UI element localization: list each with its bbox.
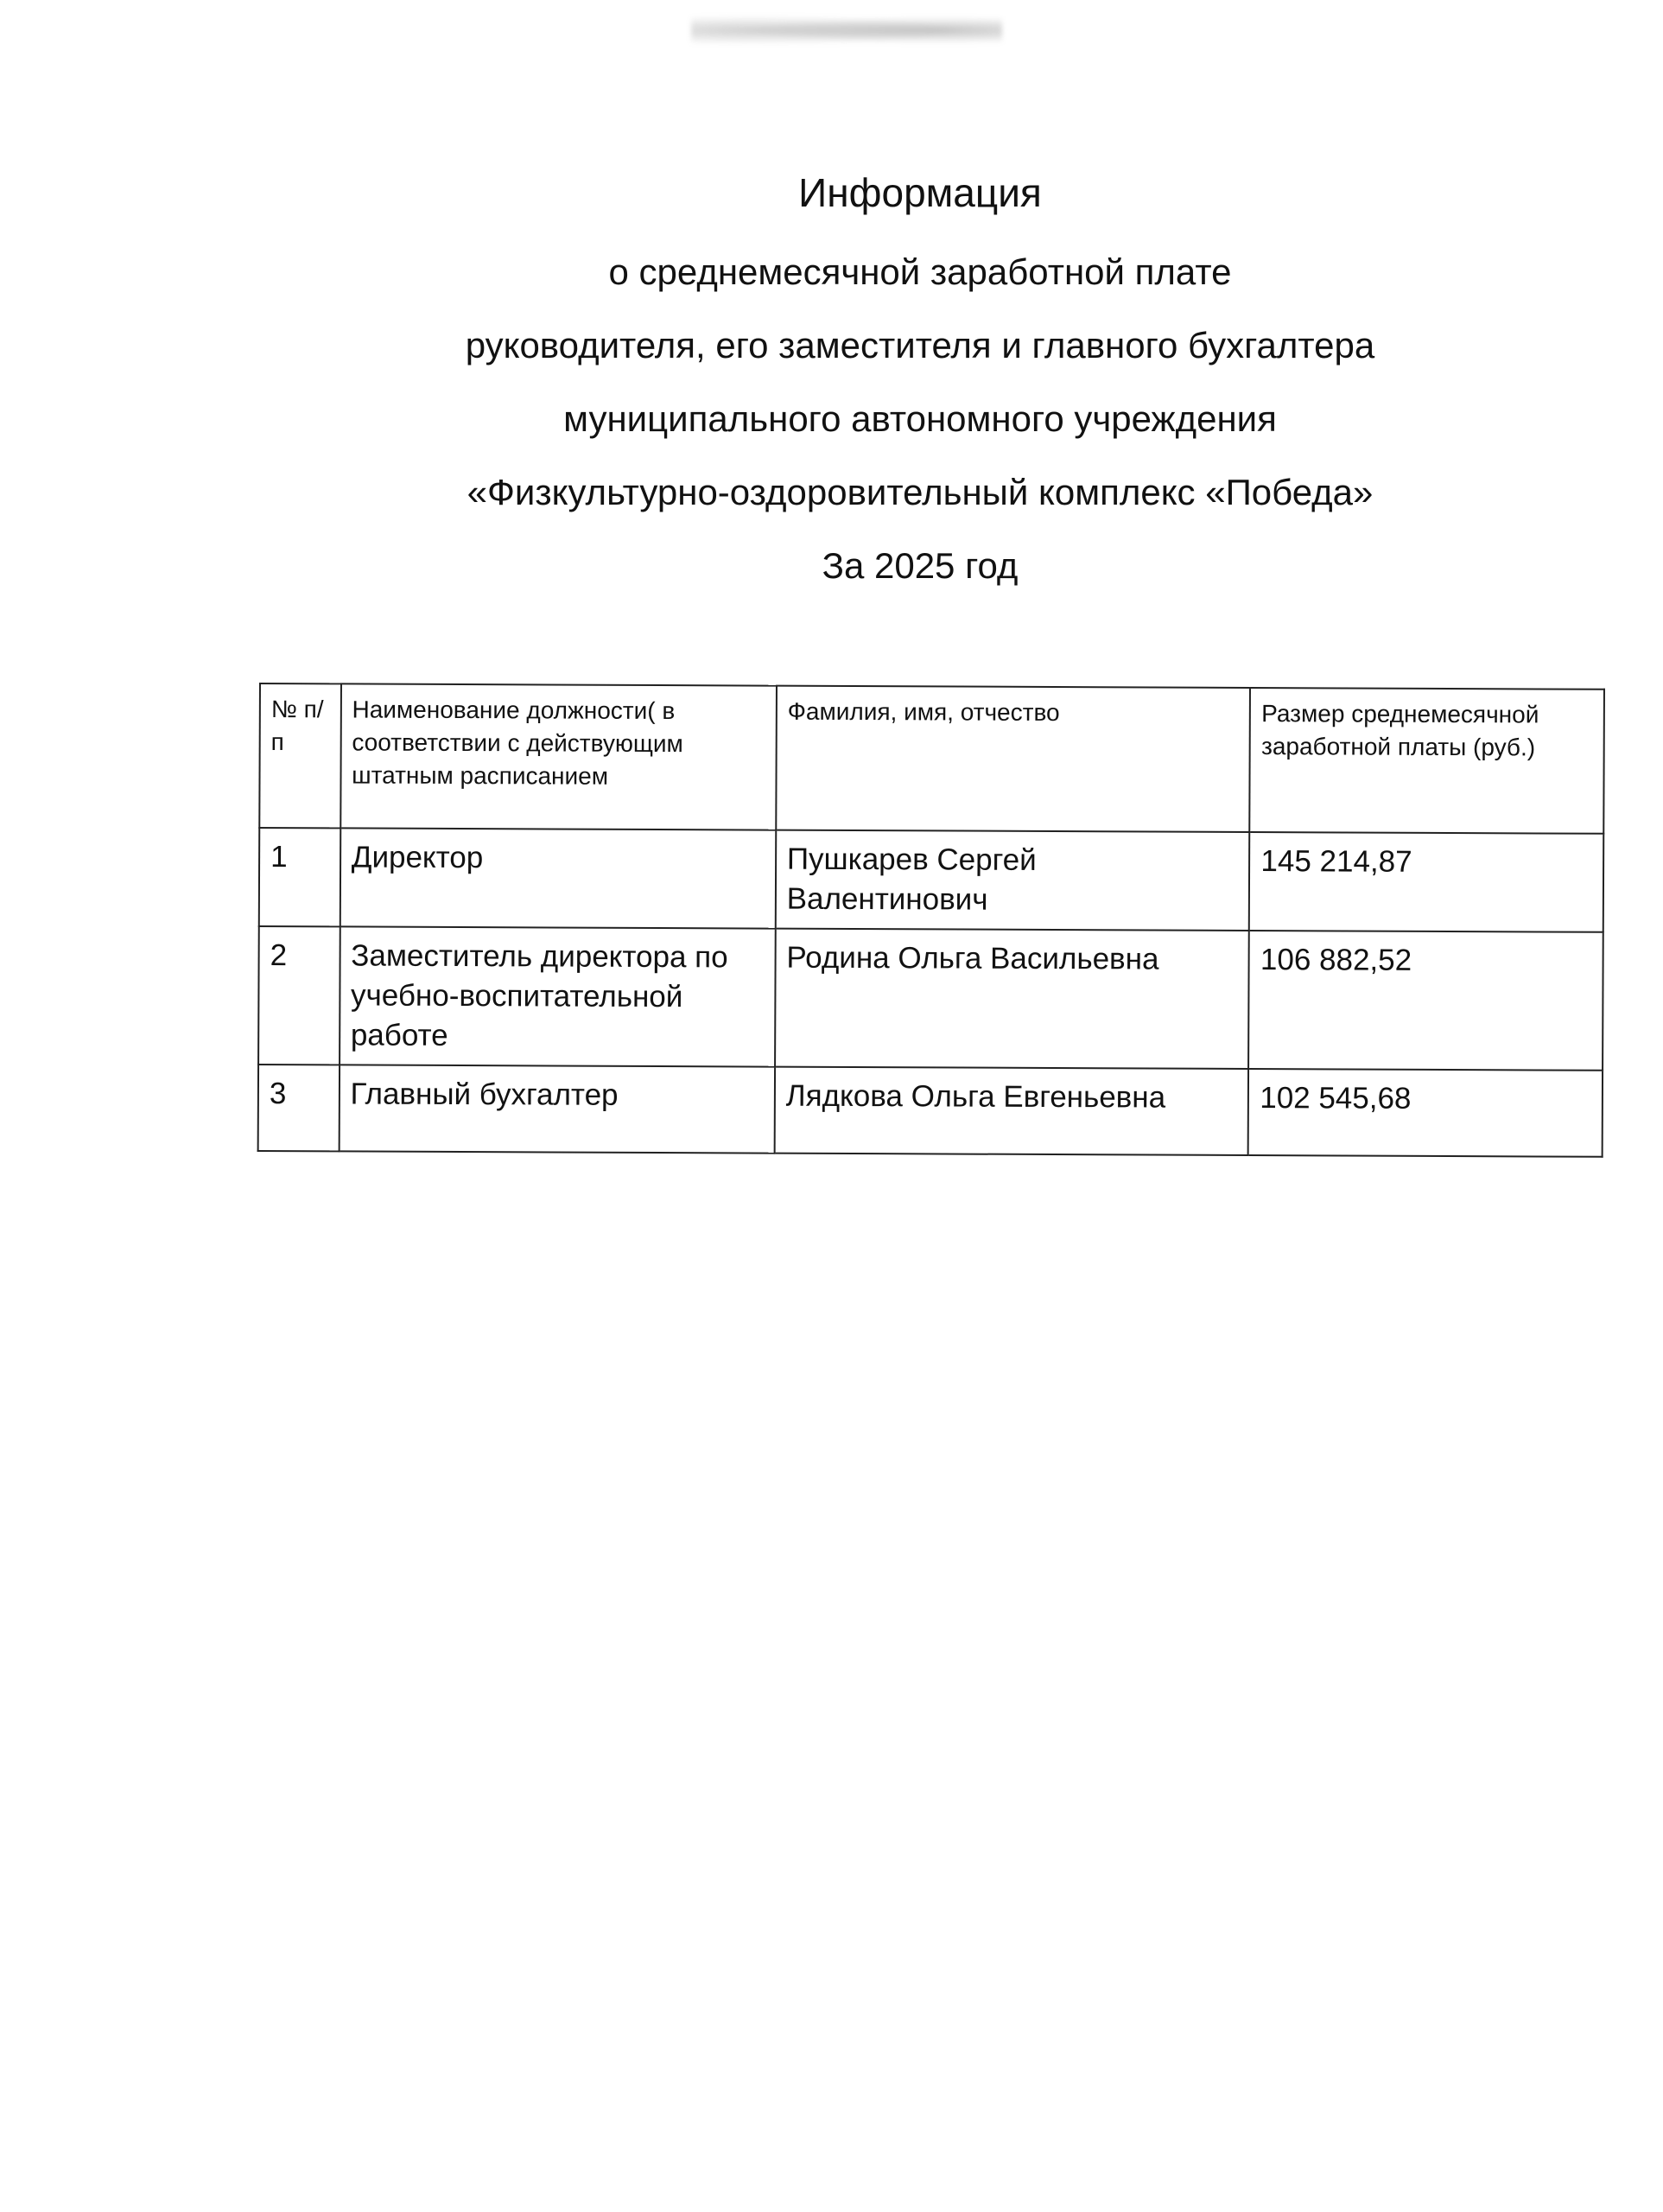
row-name: Лядкова Ольга Евгеньевна	[774, 1067, 1248, 1155]
row-salary: 145 214,87	[1249, 832, 1603, 932]
row-name: Пушкарев Сергей Валентинович	[776, 830, 1250, 931]
row-number: 3	[258, 1065, 340, 1151]
table-header-row: № п/п Наименование должности( в соответс…	[259, 683, 1604, 834]
header-position: Наименование должности( в соответствии с…	[340, 683, 777, 829]
subtitle-line-5: За 2025 год	[432, 544, 1408, 588]
scan-artifact	[691, 13, 1002, 48]
subtitle-line-4: «Физкультурно-оздоровительный комплекс «…	[432, 471, 1408, 514]
subtitle-line-1: о среднемесячной заработной плате	[432, 251, 1408, 294]
header-number: № п/п	[259, 683, 340, 828]
row-position: Главный бухгалтер	[339, 1065, 775, 1153]
table-row: 3 Главный бухгалтер Лядкова Ольга Евгень…	[258, 1065, 1603, 1157]
header-name: Фамилия, имя, отчество	[776, 686, 1250, 832]
table-row: 2 Заместитель директора по учебно-воспит…	[258, 926, 1603, 1071]
document-title: Информация	[432, 171, 1408, 214]
subtitle-line-2: руководителя, его заместителя и главного…	[432, 324, 1408, 367]
row-salary: 102 545,68	[1248, 1069, 1603, 1157]
row-position: Заместитель директора по учебно-воспитат…	[340, 926, 776, 1066]
table-row: 1 Директор Пушкарев Сергей Валентинович …	[259, 828, 1603, 932]
row-position: Директор	[340, 828, 776, 928]
row-name: Родина Ольга Васильевна	[775, 929, 1249, 1069]
salary-table: № п/п Наименование должности( в соответс…	[257, 683, 1605, 1158]
row-number: 1	[259, 828, 340, 926]
header-salary: Размер среднемесячной заработной платы (…	[1250, 688, 1604, 834]
row-salary: 106 882,52	[1248, 931, 1603, 1071]
row-number: 2	[258, 926, 340, 1065]
subtitle-line-3: муниципального автономного учреждения	[432, 397, 1408, 441]
